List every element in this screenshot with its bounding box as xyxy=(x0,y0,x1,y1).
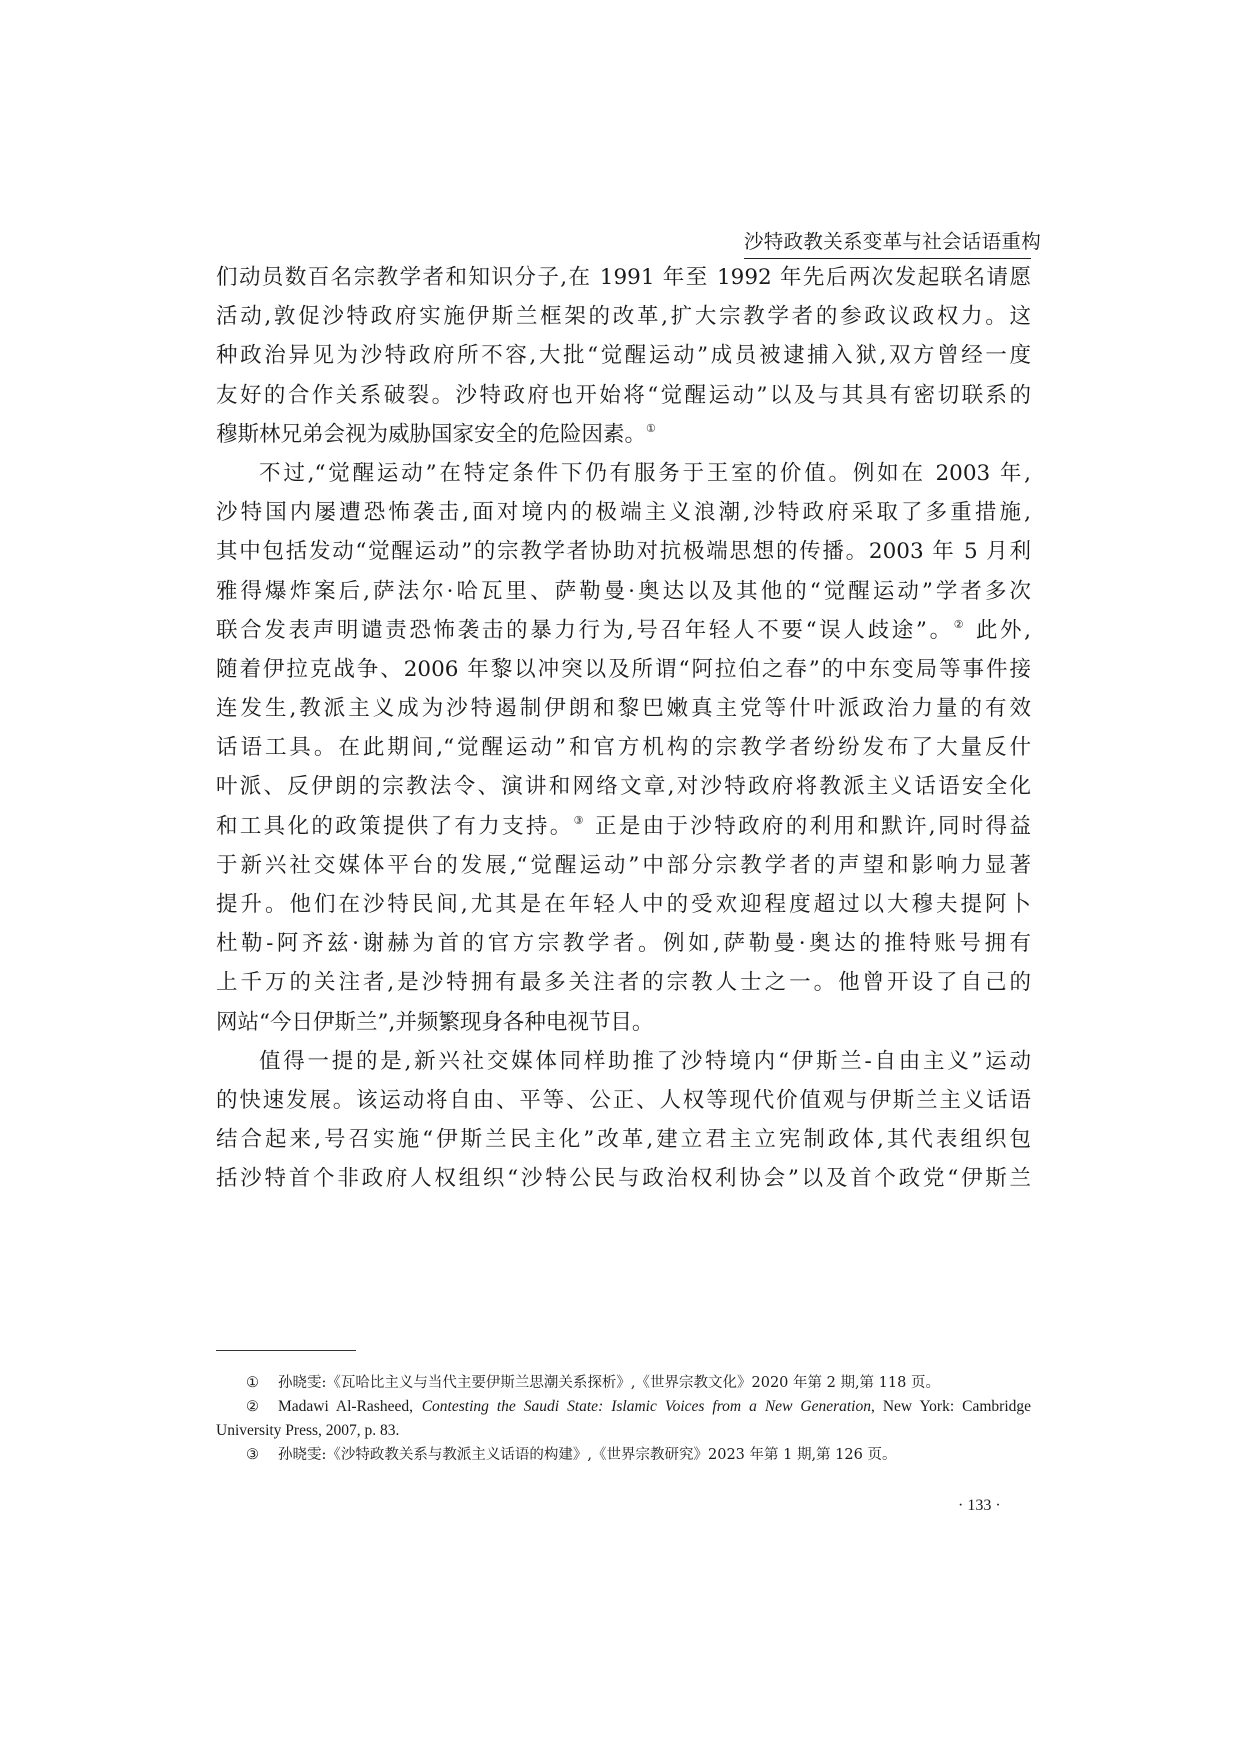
footnote-mark: ① xyxy=(246,1371,278,1395)
text-line: 其中包括发动“觉醒运动”的宗教学者协助对抗极端思想的传播。2003 年 5 月利 xyxy=(216,532,1031,571)
text-line: 上千万的关注者,是沙特拥有最多关注者的宗教人士之一。他曾开设了自己的 xyxy=(216,963,1031,1002)
running-head: 沙特政教关系变革与社会话语重构 xyxy=(744,226,1031,259)
text-line: 值得一提的是,新兴社交媒体同样助推了沙特境内“伊斯兰-自由主义”运动 xyxy=(216,1042,1031,1081)
paragraph-1: 们动员数百名宗教学者和知识分子,在 1991 年至 1992 年先后两次发起联名… xyxy=(216,258,1031,454)
footnote-publisher: , New York: Cambridge xyxy=(871,1398,1031,1415)
text-line: 种政治异见为沙特政府所不容,大批“觉醒运动”成员被逮捕入狱,双方曾经一度 xyxy=(216,336,1031,375)
text-line: 活动,敦促沙特政府实施伊斯兰框架的改革,扩大宗教学者的参政议政权力。这 xyxy=(216,297,1031,336)
footnote-ref-3[interactable]: ③ xyxy=(574,814,586,827)
footnote-publisher: University Press, 2007, p. 83. xyxy=(216,1422,399,1439)
text-segment: 穆斯林兄弟会视为威胁国家安全的危险因素。 xyxy=(216,422,646,447)
text-line: 穆斯林兄弟会视为威胁国家安全的危险因素。① xyxy=(216,415,1031,454)
text-line: 联合发表声明谴责恐怖袭击的暴力行为,号召年轻人不要“误人歧途”。② 此外, xyxy=(216,611,1031,650)
footnote-divider xyxy=(216,1350,356,1351)
footnote-mark: ③ xyxy=(246,1443,278,1467)
footnote-2-continued: University Press, 2007, p. 83. xyxy=(216,1419,1031,1443)
text-line: 雅得爆炸案后,萨法尔·哈瓦里、萨勒曼·奥达以及其他的“觉醒运动”学者多次 xyxy=(216,572,1031,611)
text-line: 括沙特首个非政府人权组织“沙特公民与政治权利协会”以及首个政党“伊斯兰 xyxy=(216,1159,1031,1198)
footnote-author: Madawi Al-Rasheed, xyxy=(278,1398,413,1415)
footnote-2: ②Madawi Al-Rasheed, Contesting the Saudi… xyxy=(216,1395,1031,1419)
text-line: 的快速发展。该运动将自由、平等、公正、人权等现代价值观与伊斯兰主义话语 xyxy=(216,1081,1031,1120)
text-line: 沙特国内屡遭恐怖袭击,面对境内的极端主义浪潮,沙特政府采取了多重措施, xyxy=(216,493,1031,532)
text-line: 友好的合作关系破裂。沙特政府也开始将“觉醒运动”以及与其具有密切联系的 xyxy=(216,376,1031,415)
footnote-title: Contesting the Saudi State: Islamic Voic… xyxy=(422,1398,871,1415)
text-line: 叶派、反伊朗的宗教法令、演讲和网络文章,对沙特政府将教派主义话语安全化 xyxy=(216,767,1031,806)
footnote-ref-1[interactable]: ① xyxy=(646,422,656,435)
paragraph-2: 不过,“觉醒运动”在特定条件下仍有服务于王室的价值。例如在 2003 年, 沙特… xyxy=(216,454,1031,1042)
text-line: 连发生,教派主义成为沙特遏制伊朗和黎巴嫩真主党等什叶派政治力量的有效 xyxy=(216,689,1031,728)
footnote-text: 孙晓雯:《沙特政教关系与教派主义话语的构建》,《世界宗教研究》2023 年第 1… xyxy=(278,1447,896,1463)
paragraph-3: 值得一提的是,新兴社交媒体同样助推了沙特境内“伊斯兰-自由主义”运动 的快速发展… xyxy=(216,1042,1031,1199)
footnote-mark: ② xyxy=(246,1395,278,1419)
text-segment: 此外, xyxy=(966,618,1031,643)
body-text: 们动员数百名宗教学者和知识分子,在 1991 年至 1992 年先后两次发起联名… xyxy=(216,258,1031,1199)
text-line: 杜勒-阿齐兹·谢赫为首的官方宗教学者。例如,萨勒曼·奥达的推特账号拥有 xyxy=(216,924,1031,963)
footnote-3: ③孙晓雯:《沙特政教关系与教派主义话语的构建》,《世界宗教研究》2023 年第 … xyxy=(216,1443,1031,1467)
text-line: 提升。他们在沙特民间,尤其是在年轻人中的受欢迎程度超过以大穆夫提阿卜 xyxy=(216,885,1031,924)
text-line: 结合起来,号召实施“伊斯兰民主化”改革,建立君主立宪制政体,其代表组织包 xyxy=(216,1120,1031,1159)
footnotes: ①孙晓雯:《瓦哈比主义与当代主要伊斯兰思潮关系探析》,《世界宗教文化》2020 … xyxy=(216,1371,1031,1467)
text-segment: 联合发表声明谴责恐怖袭击的暴力行为,号召年轻人不要“误人歧途”。 xyxy=(216,618,954,643)
text-line: 随着伊拉克战争、2006 年黎以冲突以及所谓“阿拉伯之春”的中东变局等事件接 xyxy=(216,650,1031,689)
footnote-text: 孙晓雯:《瓦哈比主义与当代主要伊斯兰思潮关系探析》,《世界宗教文化》2020 年… xyxy=(278,1375,940,1391)
page-number: · 133 · xyxy=(958,1497,1001,1515)
text-line: 话语工具。在此期间,“觉醒运动”和官方机构的宗教学者纷纷发布了大量反什 xyxy=(216,728,1031,767)
text-line: 和工具化的政策提供了有力支持。③ 正是由于沙特政府的利用和默许,同时得益 xyxy=(216,807,1031,846)
text-line: 于新兴社交媒体平台的发展,“觉醒运动”中部分宗教学者的声望和影响力显著 xyxy=(216,846,1031,885)
text-line: 网站“今日伊斯兰”,并频繁现身各种电视节目。 xyxy=(216,1003,1031,1042)
text-line: 们动员数百名宗教学者和知识分子,在 1991 年至 1992 年先后两次发起联名… xyxy=(216,258,1031,297)
footnote-ref-2[interactable]: ② xyxy=(954,618,967,631)
text-segment: 和工具化的政策提供了有力支持。 xyxy=(216,814,574,839)
footnote-1: ①孙晓雯:《瓦哈比主义与当代主要伊斯兰思潮关系探析》,《世界宗教文化》2020 … xyxy=(216,1371,1031,1395)
text-segment: 正是由于沙特政府的利用和默许,同时得益 xyxy=(586,814,1031,839)
text-line: 不过,“觉醒运动”在特定条件下仍有服务于王室的价值。例如在 2003 年, xyxy=(216,454,1031,493)
